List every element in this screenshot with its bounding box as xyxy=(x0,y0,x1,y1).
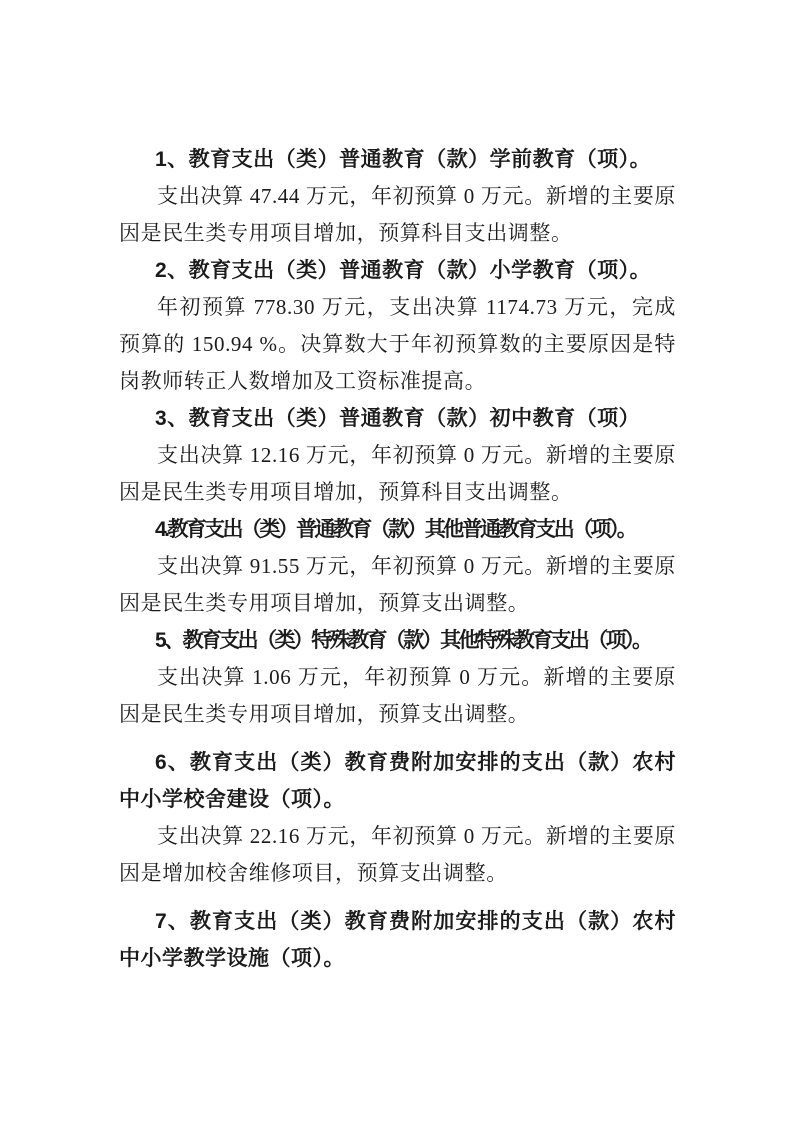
section-body: 支出决算 91.55 万元，年初预算 0 万元。新增的主要原因是民生类专用项目增… xyxy=(119,548,676,622)
section-body: 支出决算 12.16 万元，年初预算 0 万元。新增的主要原因是民生类专用项目增… xyxy=(119,437,676,511)
budget-section: 7、教育支出（类）教育费附加安排的支出（款）农村中小学教学设施（项）。 xyxy=(119,903,676,977)
section-heading: 1、教育支出（类）普通教育（款）学前教育（项）。 xyxy=(119,141,676,178)
section-heading: 3、教育支出（类）普通教育（款）初中教育（项） xyxy=(119,400,676,437)
section-heading: 4.教育支出（类）普通教育（款）其他普通教育支出（项）。 xyxy=(119,511,676,548)
budget-section: 3、教育支出（类）普通教育（款）初中教育（项） 支出决算 12.16 万元，年初… xyxy=(119,400,676,511)
document-page: 1、教育支出（类）普通教育（款）学前教育（项）。 支出决算 47.44 万元，年… xyxy=(0,0,793,1122)
section-heading: 6、教育支出（类）教育费附加安排的支出（款）农村中小学校舍建设（项）。 xyxy=(119,744,676,818)
budget-section: 5、教育支出（类）特殊教育（款）其他特殊教育支出（项）。 支出决算 1.06 万… xyxy=(119,622,676,733)
section-body: 支出决算 47.44 万元，年初预算 0 万元。新增的主要原因是民生类专用项目增… xyxy=(119,178,676,252)
section-heading: 5、教育支出（类）特殊教育（款）其他特殊教育支出（项）。 xyxy=(119,622,676,659)
section-body: 支出决算 1.06 万元，年初预算 0 万元。新增的主要原因是民生类专用项目增加… xyxy=(119,659,676,733)
section-body: 年初预算 778.30 万元，支出决算 1174.73 万元，完成预算的 150… xyxy=(119,289,676,400)
budget-section: 1、教育支出（类）普通教育（款）学前教育（项）。 支出决算 47.44 万元，年… xyxy=(119,141,676,252)
section-heading: 7、教育支出（类）教育费附加安排的支出（款）农村中小学教学设施（项）。 xyxy=(119,903,676,977)
budget-section: 4.教育支出（类）普通教育（款）其他普通教育支出（项）。 支出决算 91.55 … xyxy=(119,511,676,622)
section-heading: 2、教育支出（类）普通教育（款）小学教育（项）。 xyxy=(119,252,676,289)
budget-section: 6、教育支出（类）教育费附加安排的支出（款）农村中小学校舍建设（项）。 支出决算… xyxy=(119,744,676,892)
page-content: 1、教育支出（类）普通教育（款）学前教育（项）。 支出决算 47.44 万元，年… xyxy=(119,141,676,977)
budget-section: 2、教育支出（类）普通教育（款）小学教育（项）。 年初预算 778.30 万元，… xyxy=(119,252,676,400)
section-body: 支出决算 22.16 万元，年初预算 0 万元。新增的主要原因是增加校舍维修项目… xyxy=(119,818,676,892)
